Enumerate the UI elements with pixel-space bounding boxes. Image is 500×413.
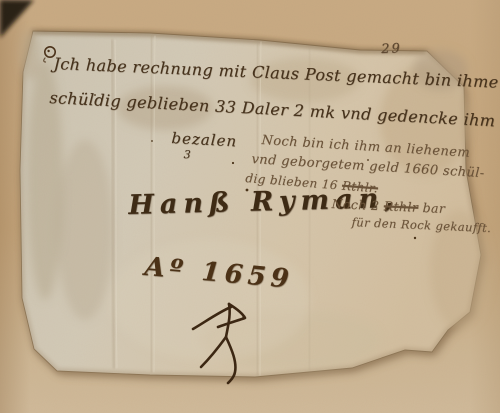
margin-note-struck-amount: Rthlr — [384, 198, 419, 214]
body-line-3: bezalen — [171, 129, 238, 150]
photo-of-handwritten-note: 29 Jch habe rechnung mit Claus Post gema… — [0, 0, 500, 413]
page-number: 29 — [381, 41, 402, 57]
body-line-3-correction: 3 — [183, 148, 191, 161]
margin-note-prefix: Noch 2 — [331, 196, 384, 213]
margin-note-suffix: bar — [418, 200, 446, 216]
